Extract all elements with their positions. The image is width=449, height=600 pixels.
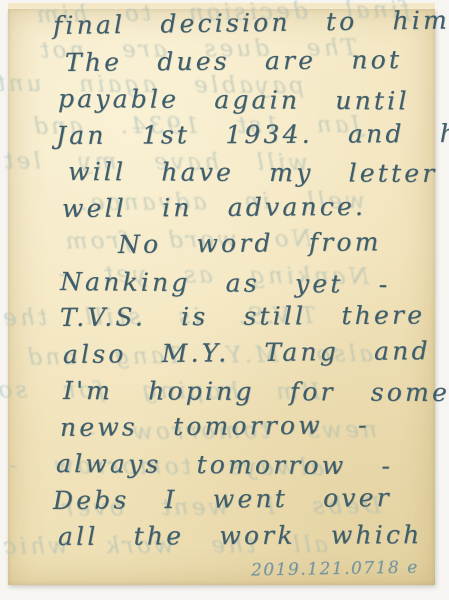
handwriting-line: The dues are not — [65, 44, 435, 84]
scanned-letter: final decision to himThe dues are notpay… — [0, 0, 449, 600]
handwriting-line: No word from — [118, 227, 435, 267]
handwriting-line: will have my letter — [68, 157, 435, 195]
catalog-number: 2019.121.0718 e — [251, 558, 419, 581]
letter-page: final decision to himThe dues are notpay… — [8, 9, 435, 585]
handwriting-line: all the work which — [58, 520, 435, 558]
handwriting-line: T.V.S. is still there — [60, 300, 435, 339]
handwriting-line: I'm hoping for some — [63, 376, 435, 414]
handwriting-line: Debs I went over — [53, 482, 435, 522]
handwriting-line: also M.Y. Tang and — [63, 336, 435, 376]
handwriting-line: news tomorrow - — [60, 409, 435, 449]
handwriting-line: Jan 1st 1934. and he — [56, 119, 435, 157]
handwriting-line: final decision to him — [53, 6, 435, 48]
handwriting-line: well in advance. — [62, 191, 435, 230]
handwriting-text: final decision to himThe dues are notpay… — [8, 11, 435, 559]
handwriting-line: payable again until — [58, 84, 435, 123]
